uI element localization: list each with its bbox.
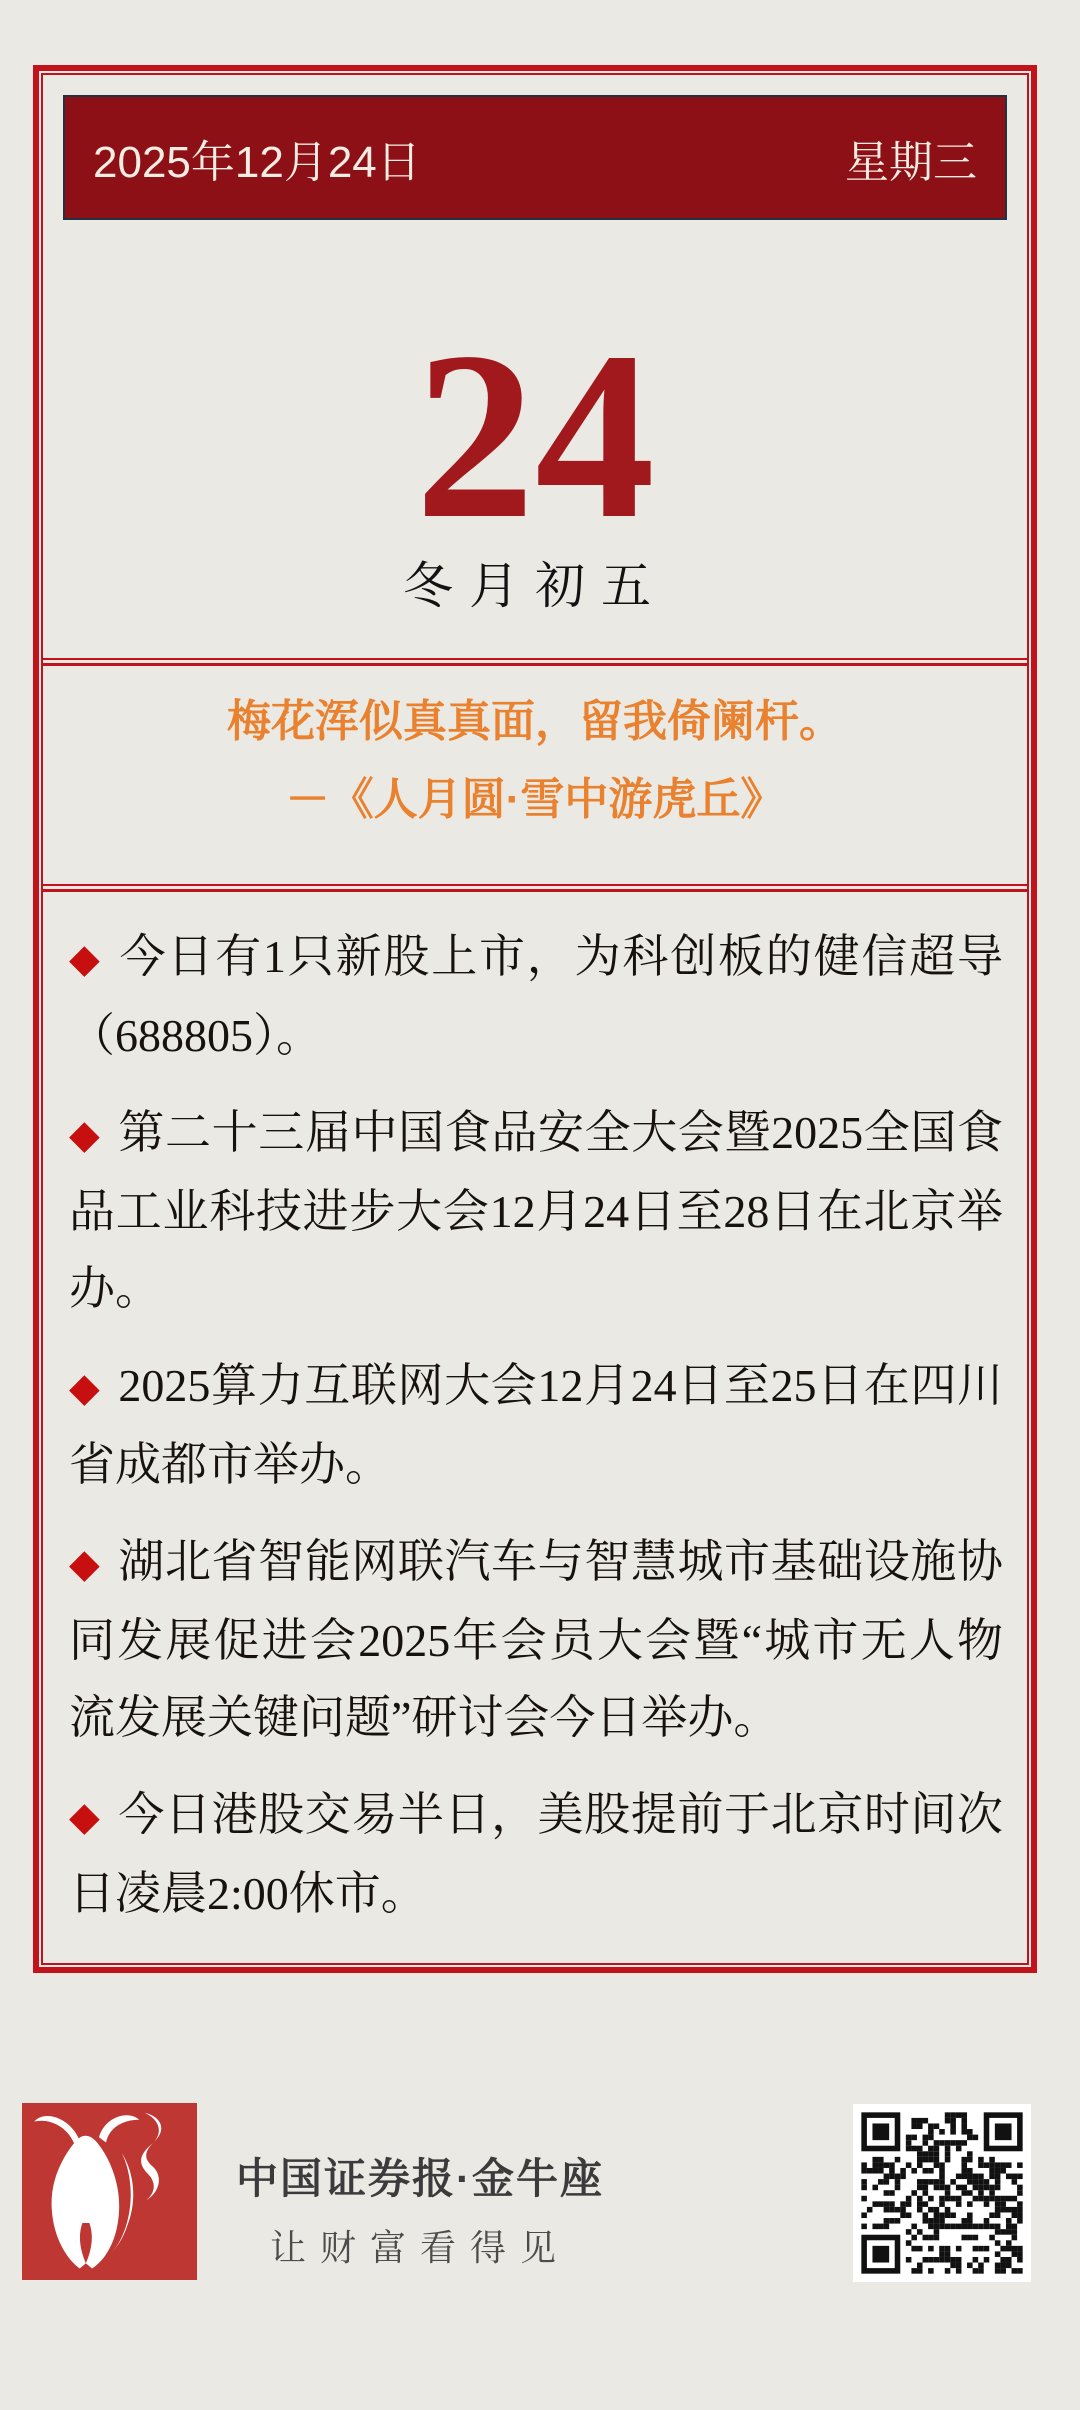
news-text: 今日有1只新股上市，为科创板的健信超导（688805）。 [69, 931, 1003, 1061]
lunar-date: 冬月初五 [43, 546, 1027, 618]
poem-verse: 梅花浑似真真面，留我倚阑杆。 [53, 696, 1017, 748]
news-text: 第二十三届中国食品安全大会暨2025全国食品工业科技进步大会12月24日至28日… [69, 1107, 1003, 1314]
news-item: ◆第二十三届中国食品安全大会暨2025全国食品工业科技进步大会12月24日至28… [69, 1094, 1003, 1327]
news-item: ◆湖北省智能网联汽车与智慧城市基础设施协同发展促进会2025年会员大会暨“城市无… [69, 1523, 1003, 1756]
diamond-bullet-icon: ◆ [69, 1794, 100, 1839]
news-item: ◆今日有1只新股上市，为科创板的健信超导（688805）。 [69, 918, 1003, 1074]
poem-section: 梅花浑似真真面，留我倚阑杆。 －《人月圆·雪中游虎丘》 [43, 666, 1027, 856]
daily-calendar-card: 2025年12月24日 星期三 24 冬月初五 梅花浑似真真面，留我倚阑杆。 －… [0, 0, 1080, 2410]
news-text: 湖北省智能网联汽车与智慧城市基础设施协同发展促进会2025年会员大会暨“城市无人… [69, 1536, 1003, 1743]
red-frame-inner: 2025年12月24日 星期三 24 冬月初五 梅花浑似真真面，留我倚阑杆。 －… [41, 73, 1029, 1965]
poem-source: －《人月圆·雪中游虎丘》 [53, 774, 1017, 826]
bull-logo-icon [22, 2103, 197, 2280]
red-frame: 2025年12月24日 星期三 24 冬月初五 梅花浑似真真面，留我倚阑杆。 －… [33, 65, 1037, 1973]
news-item: ◆今日港股交易半日，美股提前于北京时间次日凌晨2:00休市。 [69, 1776, 1003, 1932]
news-text: 今日港股交易半日，美股提前于北京时间次日凌晨2:00休市。 [69, 1789, 1003, 1919]
weekday-label: 星期三 [845, 126, 977, 190]
brand-slogan: 让财富看得见 [205, 2220, 635, 2271]
brand-title: 中国证券报·金牛座 [205, 2146, 635, 2206]
diamond-bullet-icon: ◆ [69, 1112, 100, 1157]
brand-logo [22, 2103, 197, 2280]
diamond-bullet-icon: ◆ [69, 1541, 100, 1586]
news-text: 2025算力互联网大会12月24日至25日在四川省成都市举办。 [69, 1360, 1003, 1490]
brand-block: 中国证券报·金牛座 让财富看得见 [205, 2146, 635, 2271]
day-number: 24 [43, 340, 1027, 530]
news-item: ◆央行今日有468亿元7天期逆回购到期。 [69, 1952, 1003, 1965]
section-divider [43, 658, 1027, 666]
section-divider [43, 884, 1027, 892]
news-item: ◆2025算力互联网大会12月24日至25日在四川省成都市举办。 [69, 1347, 1003, 1503]
qr-code [853, 2103, 1031, 2283]
gregorian-date: 2025年12月24日 [93, 126, 421, 190]
news-list: ◆今日有1只新股上市，为科创板的健信超导（688805）。◆第二十三届中国食品安… [43, 892, 1027, 1965]
diamond-bullet-icon: ◆ [69, 936, 102, 981]
diamond-bullet-icon: ◆ [69, 1365, 100, 1410]
date-header-bar: 2025年12月24日 星期三 [63, 95, 1007, 220]
